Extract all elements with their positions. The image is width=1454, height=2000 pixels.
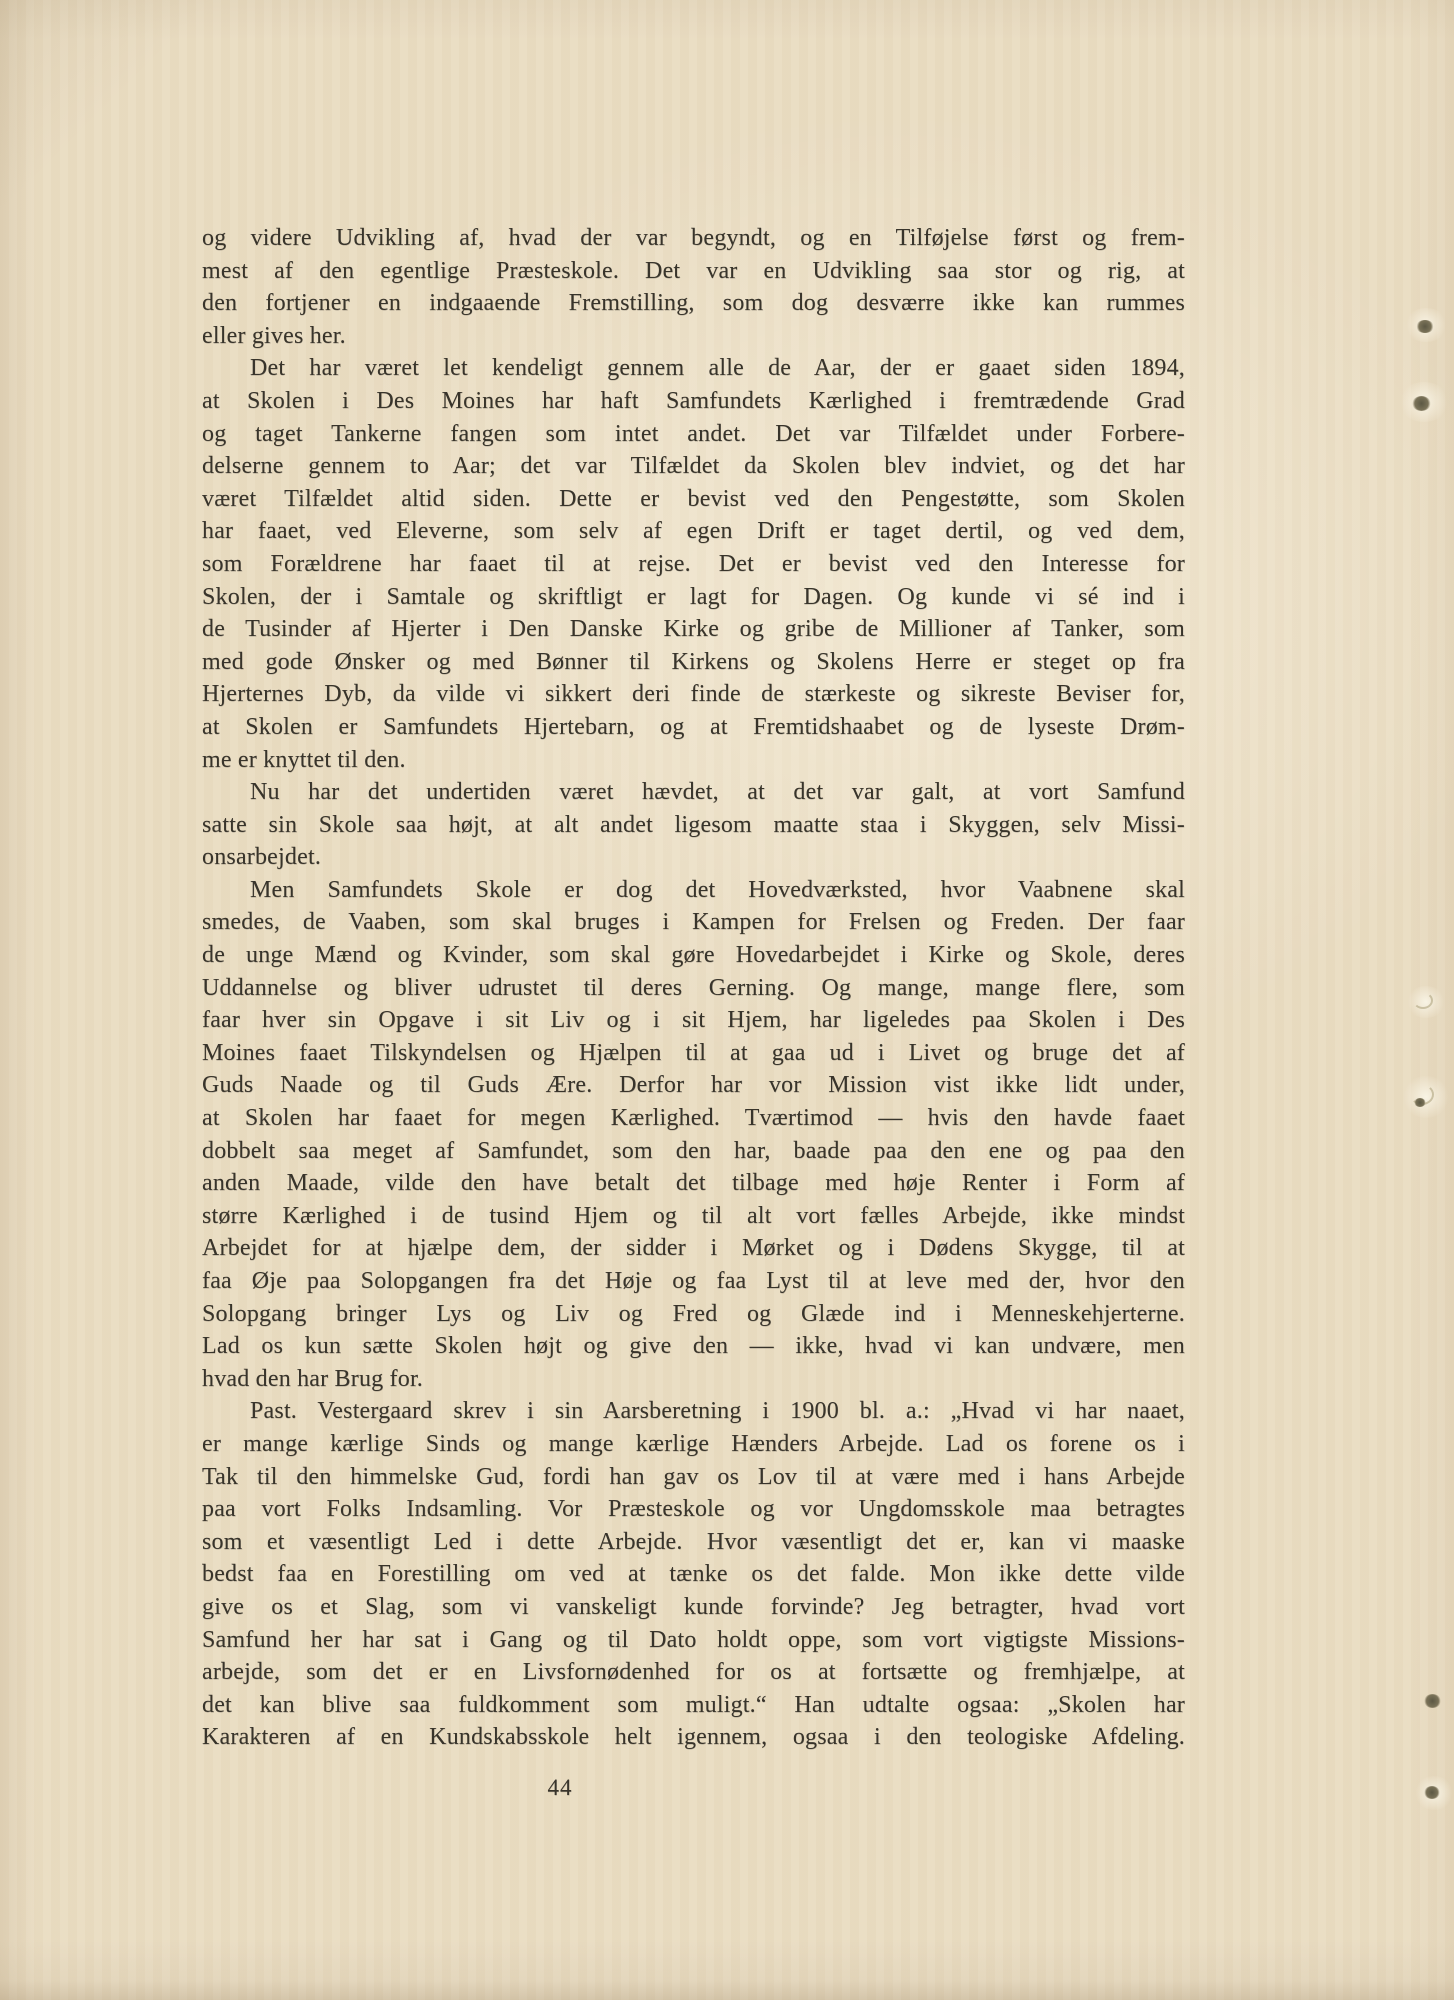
- paper-crease: [0, 0, 220, 230]
- scan-speck: [1416, 320, 1434, 333]
- text-line: Men Samfundets Skole er dog det Hovedvær…: [202, 874, 1185, 907]
- text-line: den fortjener en indgaaende Fremstilling…: [202, 287, 1185, 320]
- text-line: Moines faaet Tilskyndelsen og Hjælpen ti…: [202, 1037, 1185, 1070]
- text-line: Det har været let kendeligt gennem alle …: [202, 352, 1185, 385]
- scan-speck-halo: [1398, 382, 1450, 422]
- text-line: Skolen, der i Samtale og skriftligt er l…: [202, 581, 1185, 614]
- text-line: med gode Ønsker og med Bønner til Kirken…: [202, 646, 1185, 679]
- text-line: hvad den har Brug for.: [202, 1363, 1185, 1396]
- text-line: Karakteren af en Kundskabsskole helt ige…: [202, 1721, 1185, 1754]
- text-line: at Skolen har faaet for megen Kærlighed.…: [202, 1102, 1185, 1135]
- text-line: Lad os kun sætte Skolen højt og give den…: [202, 1330, 1185, 1363]
- text-line: faa Øje paa Solopgangen fra det Høje og …: [202, 1265, 1185, 1298]
- scan-speck-curve: [1410, 1084, 1434, 1105]
- text-block: og videre Udvikling af, hvad der var beg…: [202, 222, 1185, 1754]
- text-line: satte sin Skole saa højt, at alt andet l…: [202, 809, 1185, 842]
- text-line: Tak til den himmelske Gud, fordi han gav…: [202, 1461, 1185, 1494]
- text-line: Past. Vestergaard skrev i sin Aarsberetn…: [202, 1395, 1185, 1428]
- text-line: dobbelt saa meget af Samfundet, som den …: [202, 1135, 1185, 1168]
- text-line: de Tusinder af Hjerter i Den Danske Kirk…: [202, 613, 1185, 646]
- scanned-book-page: og videre Udvikling af, hvad der var beg…: [0, 0, 1454, 2000]
- text-line: me er knyttet til den.: [202, 744, 1185, 777]
- scan-speck-curve: [1413, 992, 1433, 1009]
- text-line: eller gives her.: [202, 320, 1185, 353]
- text-line: og taget Tankerne fangen som intet andet…: [202, 418, 1185, 451]
- text-line: onsarbejdet.: [202, 841, 1185, 874]
- text-line: Hjerternes Dyb, da vilde vi sikkert deri…: [202, 678, 1185, 711]
- text-line: Guds Naade og til Guds Ære. Derfor har v…: [202, 1069, 1185, 1102]
- page-number: 44: [495, 1775, 625, 1801]
- text-line: bedst faa en Forestilling om ved at tænk…: [202, 1558, 1185, 1591]
- text-line: Samfund her har sat i Gang og til Dato h…: [202, 1624, 1185, 1657]
- text-line: som Forældrene har faaet til at rejse. D…: [202, 548, 1185, 581]
- text-line: anden Maade, vilde den have betalt det t…: [202, 1167, 1185, 1200]
- scan-speck-halo: [1404, 308, 1448, 342]
- text-line: som et væsentligt Led i dette Arbejde. H…: [202, 1526, 1185, 1559]
- scan-speck: [1424, 1786, 1440, 1799]
- text-line: større Kærlighed i de tusind Hjem og til…: [202, 1200, 1185, 1233]
- scan-speck: [1414, 1098, 1426, 1107]
- scan-speck: [1424, 1694, 1441, 1708]
- scan-speck-halo: [1414, 1776, 1454, 1810]
- text-line: arbejde, som det er en Livsfornødenhed f…: [202, 1656, 1185, 1689]
- text-line: mest af den egentlige Præsteskole. Det v…: [202, 255, 1185, 288]
- text-line: at Skolen i Des Moines har haft Samfunde…: [202, 385, 1185, 418]
- text-line: Uddannelse og bliver udrustet til deres …: [202, 972, 1185, 1005]
- text-line: har faaet, ved Eleverne, som selv af ege…: [202, 515, 1185, 548]
- text-line: Arbejdet for at hjælpe dem, der sidder i…: [202, 1232, 1185, 1265]
- text-line: faar hver sin Opgave i sit Liv og i sit …: [202, 1004, 1185, 1037]
- text-line: de unge Mænd og Kvinder, som skal gøre H…: [202, 939, 1185, 972]
- scan-speck-halo: [1402, 1076, 1450, 1118]
- text-line: at Skolen er Samfundets Hjertebarn, og a…: [202, 711, 1185, 744]
- text-line: paa vort Folks Indsamling. Vor Præstesko…: [202, 1493, 1185, 1526]
- text-line: Solopgang bringer Lys og Liv og Fred og …: [202, 1298, 1185, 1331]
- text-line: smedes, de Vaaben, som skal bruges i Kam…: [202, 906, 1185, 939]
- text-line: og videre Udvikling af, hvad der var beg…: [202, 222, 1185, 255]
- text-line: det kan blive saa fuldkomment som muligt…: [202, 1689, 1185, 1722]
- text-line: Nu har det undertiden været hævdet, at d…: [202, 776, 1185, 809]
- text-line: været Tilfældet altid siden. Dette er be…: [202, 483, 1185, 516]
- text-line: delserne gennem to Aar; det var Tilfælde…: [202, 450, 1185, 483]
- scan-speck: [1412, 396, 1431, 411]
- text-line: give os et Slag, som vi vanskeligt kunde…: [202, 1591, 1185, 1624]
- scan-speck-halo: [1406, 986, 1446, 1018]
- text-line: er mange kærlige Sinds og mange kærlige …: [202, 1428, 1185, 1461]
